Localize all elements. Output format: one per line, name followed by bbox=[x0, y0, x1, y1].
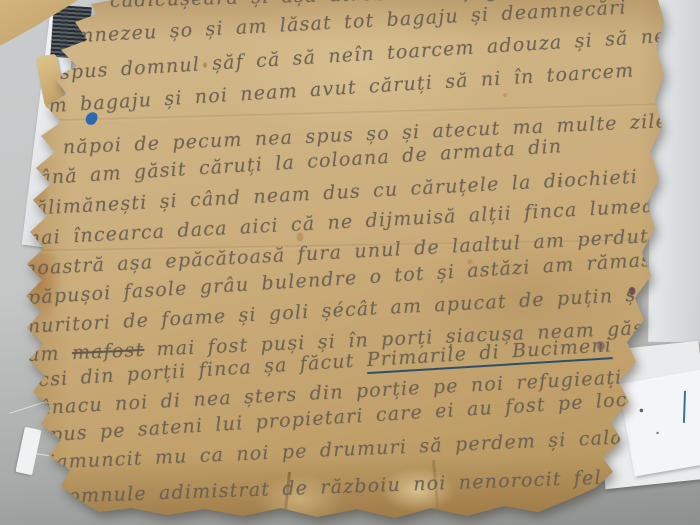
letter-paper: cadicușeară și așa atrebuit să fugim cu … bbox=[0, 0, 700, 525]
struck-word: mafost bbox=[71, 339, 144, 364]
line-text: am bbox=[28, 342, 73, 366]
letter-paper-shadow: cadicușeară și așa atrebuit să fugim cu … bbox=[0, 0, 700, 525]
handwritten-line: Domnule adimistrat de războiu noi nenoro… bbox=[52, 465, 646, 508]
photograph: cadicușeară și așa atrebuit să fugim cu … bbox=[0, 0, 700, 525]
